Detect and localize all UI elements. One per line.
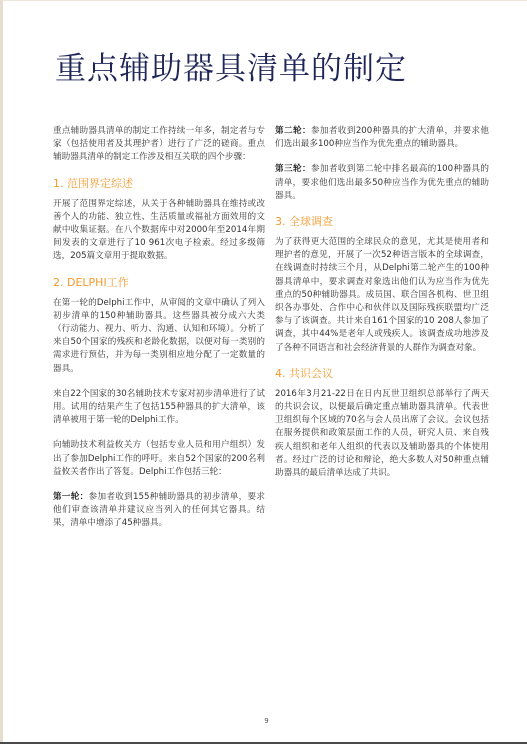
delphi-paragraph-1: 在第一轮的Delphi工作中，从审阅的文章中确认了列入初步清单的150种辅助器具…	[53, 297, 265, 376]
section-text-global-survey: 为了获得更大范围的全球民众的意见，尤其是使用者和理护者的意见，开展了一次52种语…	[275, 236, 489, 355]
delphi-round-3: 第三轮：参加者收到第二轮中排名最高的100种器具的清单，要求他们选出最多50种应…	[275, 163, 489, 203]
document-page: 重点辅助器具清单的制定 重点辅助器具清单的制定工作持续一年多，制定者与专家（包括…	[0, 0, 527, 744]
section-text-scoping-review: 开展了范围界定综述，从关于各种辅助器具在维持或改善个人的功能、独立性、生活质量或…	[53, 198, 265, 264]
section-heading-delphi: 2. DELPHI工作	[53, 276, 265, 290]
intro-paragraph: 重点辅助器具清单的制定工作持续一年多，制定者与专家（包括使用者及其理护者）进行了…	[53, 125, 265, 165]
left-column: 重点辅助器具清单的制定工作持续一年多，制定者与专家（包括使用者及其理护者）进行了…	[53, 125, 265, 543]
section-text-consensus-meeting: 2016年3月21-22日在日内瓦世卫组织总部举行了两天的共识会议，以便最后确定…	[275, 388, 489, 480]
delphi-paragraph-3: 向辅助技术利益攸关方（包括专业人员和用户组织）发出了参加Delphi工作的呼吁。…	[53, 439, 265, 479]
round-2-label: 第二轮：	[275, 126, 311, 136]
section-heading-global-survey: 3. 全球调查	[275, 215, 489, 229]
section-heading-consensus-meeting: 4. 共识会议	[275, 367, 489, 381]
page-number: 9	[3, 717, 527, 725]
page-title: 重点辅助器具清单的制定	[55, 43, 407, 88]
right-column: 第二轮：参加者收到200种器具的扩大清单，并要求他们选出最多100种应当作为优先…	[275, 125, 489, 492]
round-3-label: 第三轮：	[275, 164, 311, 174]
delphi-round-1: 第一轮：参加者收到155种辅助器具的初步清单，要求他们审查该清单并建议应当列入的…	[53, 491, 265, 531]
delphi-paragraph-2: 来自22个国家的30名辅助技术专家对初步清单进行了试用。试用的结果产生了包括15…	[53, 388, 265, 428]
delphi-round-2: 第二轮：参加者收到200种器具的扩大清单，并要求他们选出最多100种应当作为优先…	[275, 125, 489, 151]
section-heading-scoping-review: 1. 范围界定综述	[53, 177, 265, 191]
round-1-label: 第一轮：	[53, 492, 89, 502]
